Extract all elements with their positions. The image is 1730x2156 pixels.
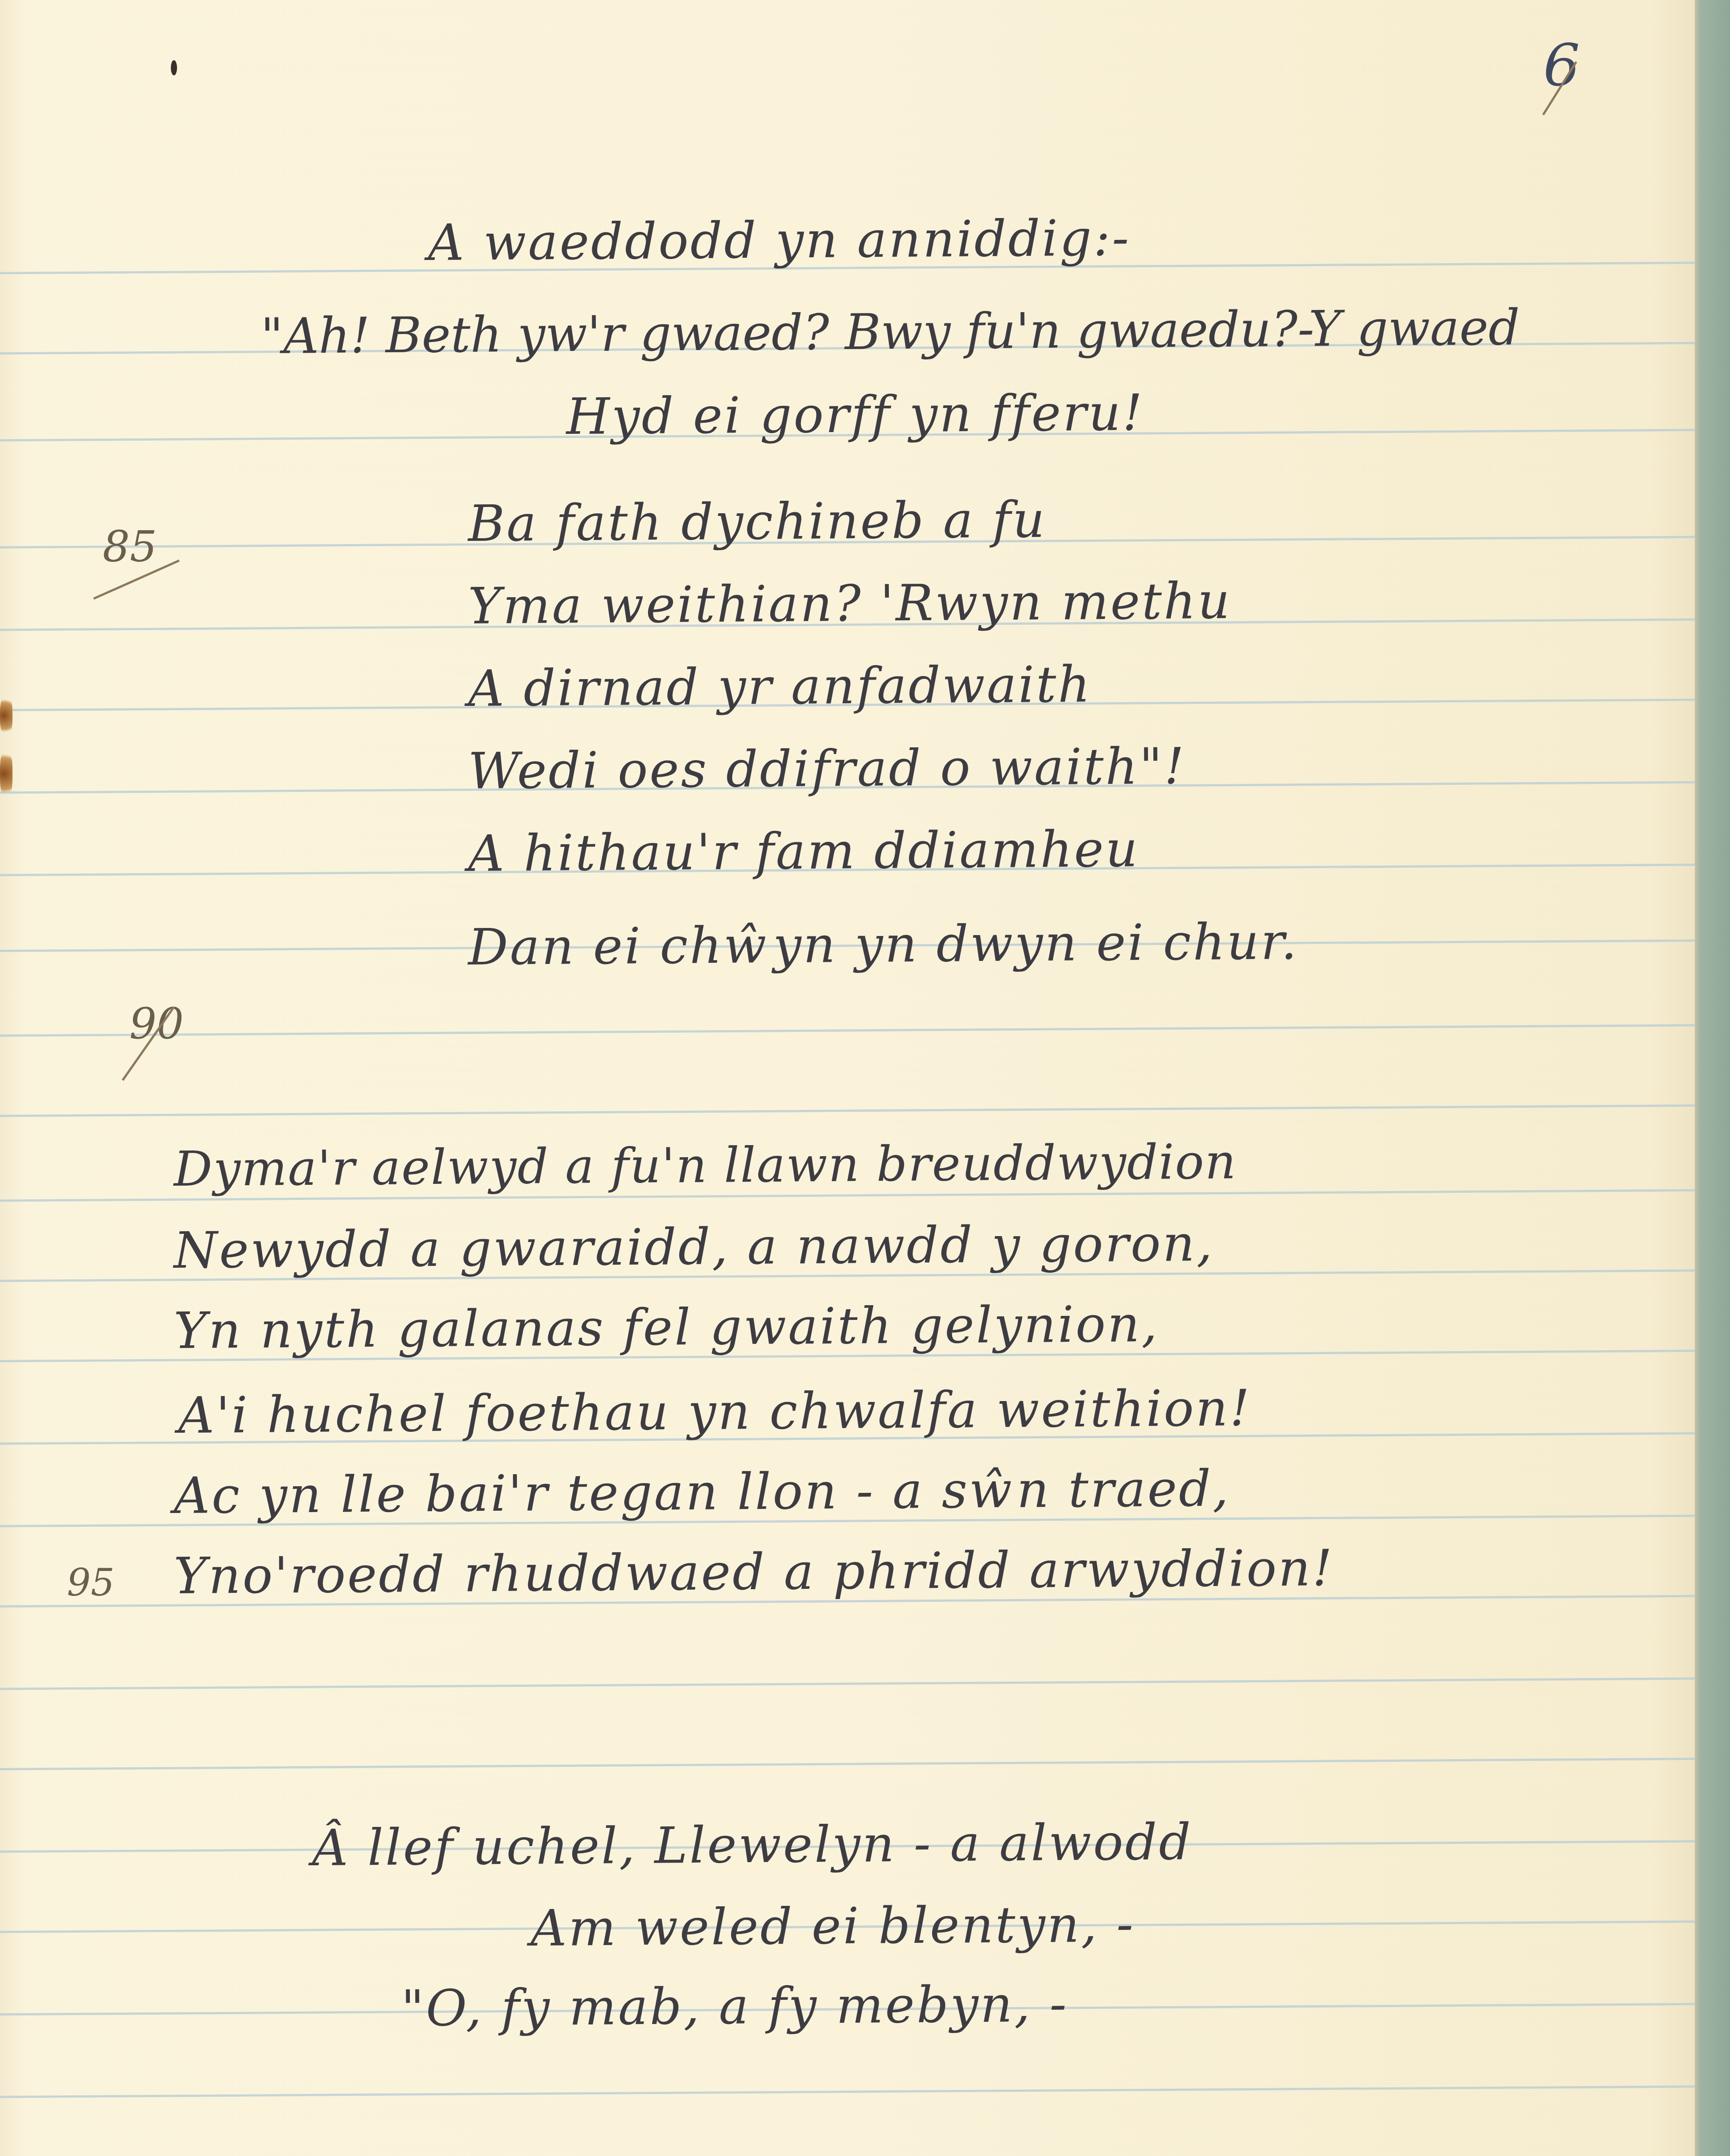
- poem-line: Dyma'r aelwyd a fu'n llawn breuddwydion: [173, 1134, 1237, 1197]
- ink-dot: [171, 60, 177, 75]
- rust-stain: [0, 696, 12, 736]
- poem-line: Â llef uchel, Llewelyn - a alwodd: [312, 1813, 1193, 1877]
- poem-line: Newydd a gwaraidd, a nawdd y goron,: [173, 1215, 1214, 1280]
- poem-line: "O, fy mab, a fy mebyn, -: [401, 1975, 1068, 2038]
- poem-line: Wedi oes ddifrad o waith"!: [468, 738, 1186, 800]
- poem-line: Hyd ei gorff yn fferu!: [566, 384, 1144, 446]
- rust-stain: [0, 749, 12, 798]
- poem-line: Am weled ei blentyn, -: [530, 1896, 1135, 1958]
- line-number-95: 95: [67, 1561, 115, 1604]
- poem-line: A'i huchel foethau yn chwalfa weithion!: [178, 1379, 1251, 1445]
- poem-line: Yno'roedd rhuddwaed a phridd arwyddion!: [173, 1539, 1334, 1605]
- poem-line: A waeddodd yn anniddig:-: [428, 209, 1131, 272]
- poem-line: Ba fath dychineb a fu: [468, 491, 1047, 553]
- binding-edge: [1695, 0, 1730, 2156]
- poem-line: Yn nyth galanas fel gwaith gelynion,: [173, 1295, 1159, 1360]
- poem-line: A hithau'r fam ddiamheu: [468, 820, 1140, 883]
- poem-line: "Ah! Beth yw'r gwaed? Bwy fu'n gwaedu?-Y…: [260, 299, 1520, 365]
- line-number-85: 85: [103, 522, 157, 572]
- poem-line: A dirnad yr anfadwaith: [468, 655, 1092, 718]
- poem-line: Yma weithian? 'Rwyn methu: [468, 572, 1232, 635]
- poem-line: Dan ei chŵyn yn dwyn ei chur.: [468, 913, 1299, 977]
- line-number-90: 90: [129, 999, 184, 1049]
- poem-line: Ac yn lle bai'r tegan llon - a sŵn traed…: [173, 1459, 1230, 1525]
